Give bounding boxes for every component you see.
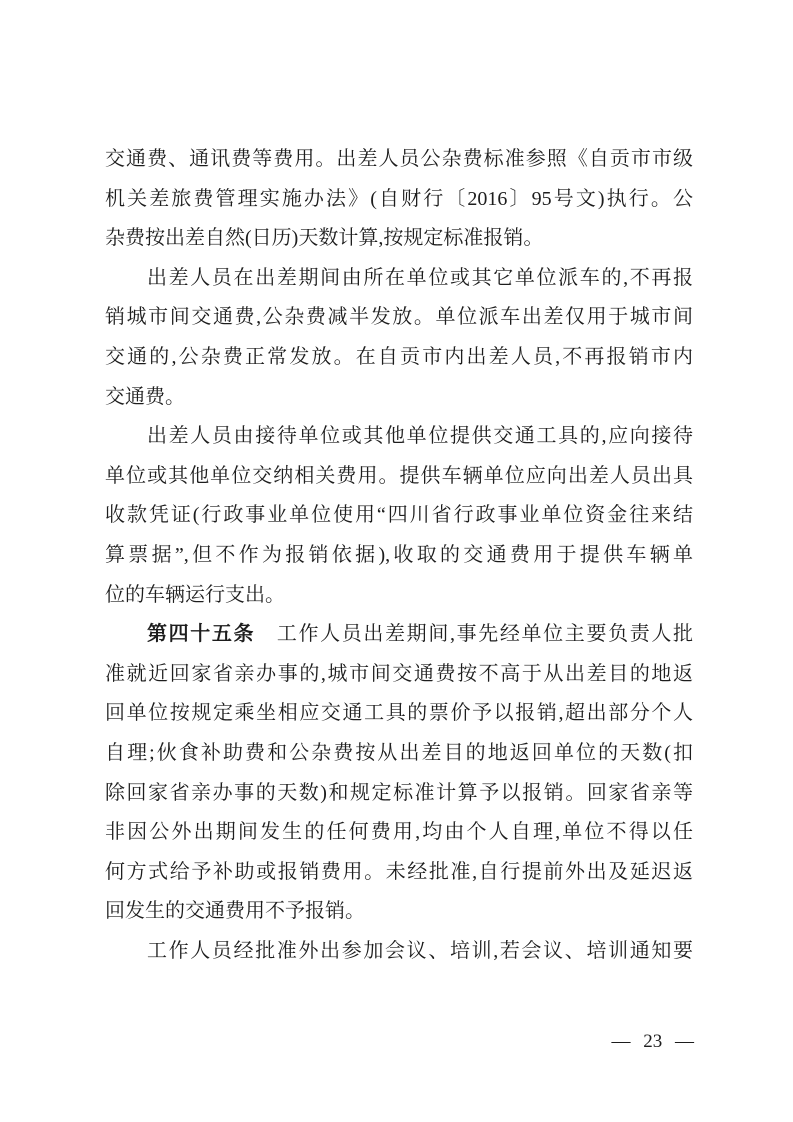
document-body: 交通费、通讯费等费用。出差人员公杂费标准参照《自贡市市级机关差旅费管理实施办法》… — [105, 140, 693, 971]
text-line: 出差人员由接待单位或其他单位提供交通工具的,应向接待 — [105, 417, 693, 457]
text-line: 杂费按出差自然(日历)天数计算,按规定标准报销。 — [105, 219, 693, 259]
page-number: 23 — [643, 1031, 662, 1052]
para-host-provided-transport: 出差人员由接待单位或其他单位提供交通工具的,应向接待单位或其他单位交纳相关费用。… — [105, 417, 693, 615]
text-line: 第四十五条 工作人员出差期间,事先经单位主要负责人批 — [105, 615, 693, 655]
text-line: 回发生的交通费用不予报销。 — [105, 892, 693, 932]
footer-dash-left: — — [612, 1031, 631, 1052]
text-line: 算票据”,但不作为报销依据),收取的交通费用于提供车辆单 — [105, 536, 693, 576]
text-line: 非因公外出期间发生的任何费用,均由个人自理,单位不得以任 — [105, 813, 693, 853]
text-line: 回单位按规定乘坐相应交通工具的票价予以报销,超出部分个人 — [105, 694, 693, 734]
text-line: 准就近回家省亲办事的,城市间交通费按不高于从出差目的地返 — [105, 655, 693, 695]
text-line: 出差人员在出差期间由所在单位或其它单位派车的,不再报 — [105, 259, 693, 299]
footer-dash-right: — — [675, 1031, 694, 1052]
text-line: 机关差旅费管理实施办法》(自财行〔2016〕95号文)执行。公 — [105, 180, 693, 220]
text-line: 何方式给予补助或报销费用。未经批准,自行提前外出及延迟返 — [105, 853, 693, 893]
article-number-bold: 第四十五条 — [147, 623, 255, 645]
text-line: 收款凭证(行政事业单位使用“四川省行政事业单位资金往来结 — [105, 496, 693, 536]
text-line: 除回家省亲办事的天数)和规定标准计算予以报销。回家省亲等 — [105, 774, 693, 814]
text-line: 交通费。 — [105, 378, 693, 418]
para-article-45: 第四十五条 工作人员出差期间,事先经单位主要负责人批准就近回家省亲办事的,城市间… — [105, 615, 693, 932]
text-line: 自理;伙食补助费和公杂费按从出差目的地返回单位的天数(扣 — [105, 734, 693, 774]
text-line: 位的车辆运行支出。 — [105, 576, 693, 616]
para-unit-dispatched-vehicle: 出差人员在出差期间由所在单位或其它单位派车的,不再报销城市间交通费,公杂费减半发… — [105, 259, 693, 417]
para-meeting-training: 工作人员经批准外出参加会议、培训,若会议、培训通知要 — [105, 932, 693, 972]
text-line: 交通费、通讯费等费用。出差人员公杂费标准参照《自贡市市级 — [105, 140, 693, 180]
text-line: 销城市间交通费,公杂费减半发放。单位派车出差仅用于城市间 — [105, 298, 693, 338]
text-line: 单位或其他单位交纳相关费用。提供车辆单位应向出差人员出具 — [105, 457, 693, 497]
para-public-misc-fee-standard: 交通费、通讯费等费用。出差人员公杂费标准参照《自贡市市级机关差旅费管理实施办法》… — [105, 140, 693, 259]
document-page: 交通费、通讯费等费用。出差人员公杂费标准参照《自贡市市级机关差旅费管理实施办法》… — [0, 0, 793, 1122]
text-line: 工作人员经批准外出参加会议、培训,若会议、培训通知要 — [105, 932, 693, 972]
text-line: 交通的,公杂费正常发放。在自贡市内出差人员,不再报销市内 — [105, 338, 693, 378]
page-footer: — 23 — — [612, 1030, 695, 1054]
